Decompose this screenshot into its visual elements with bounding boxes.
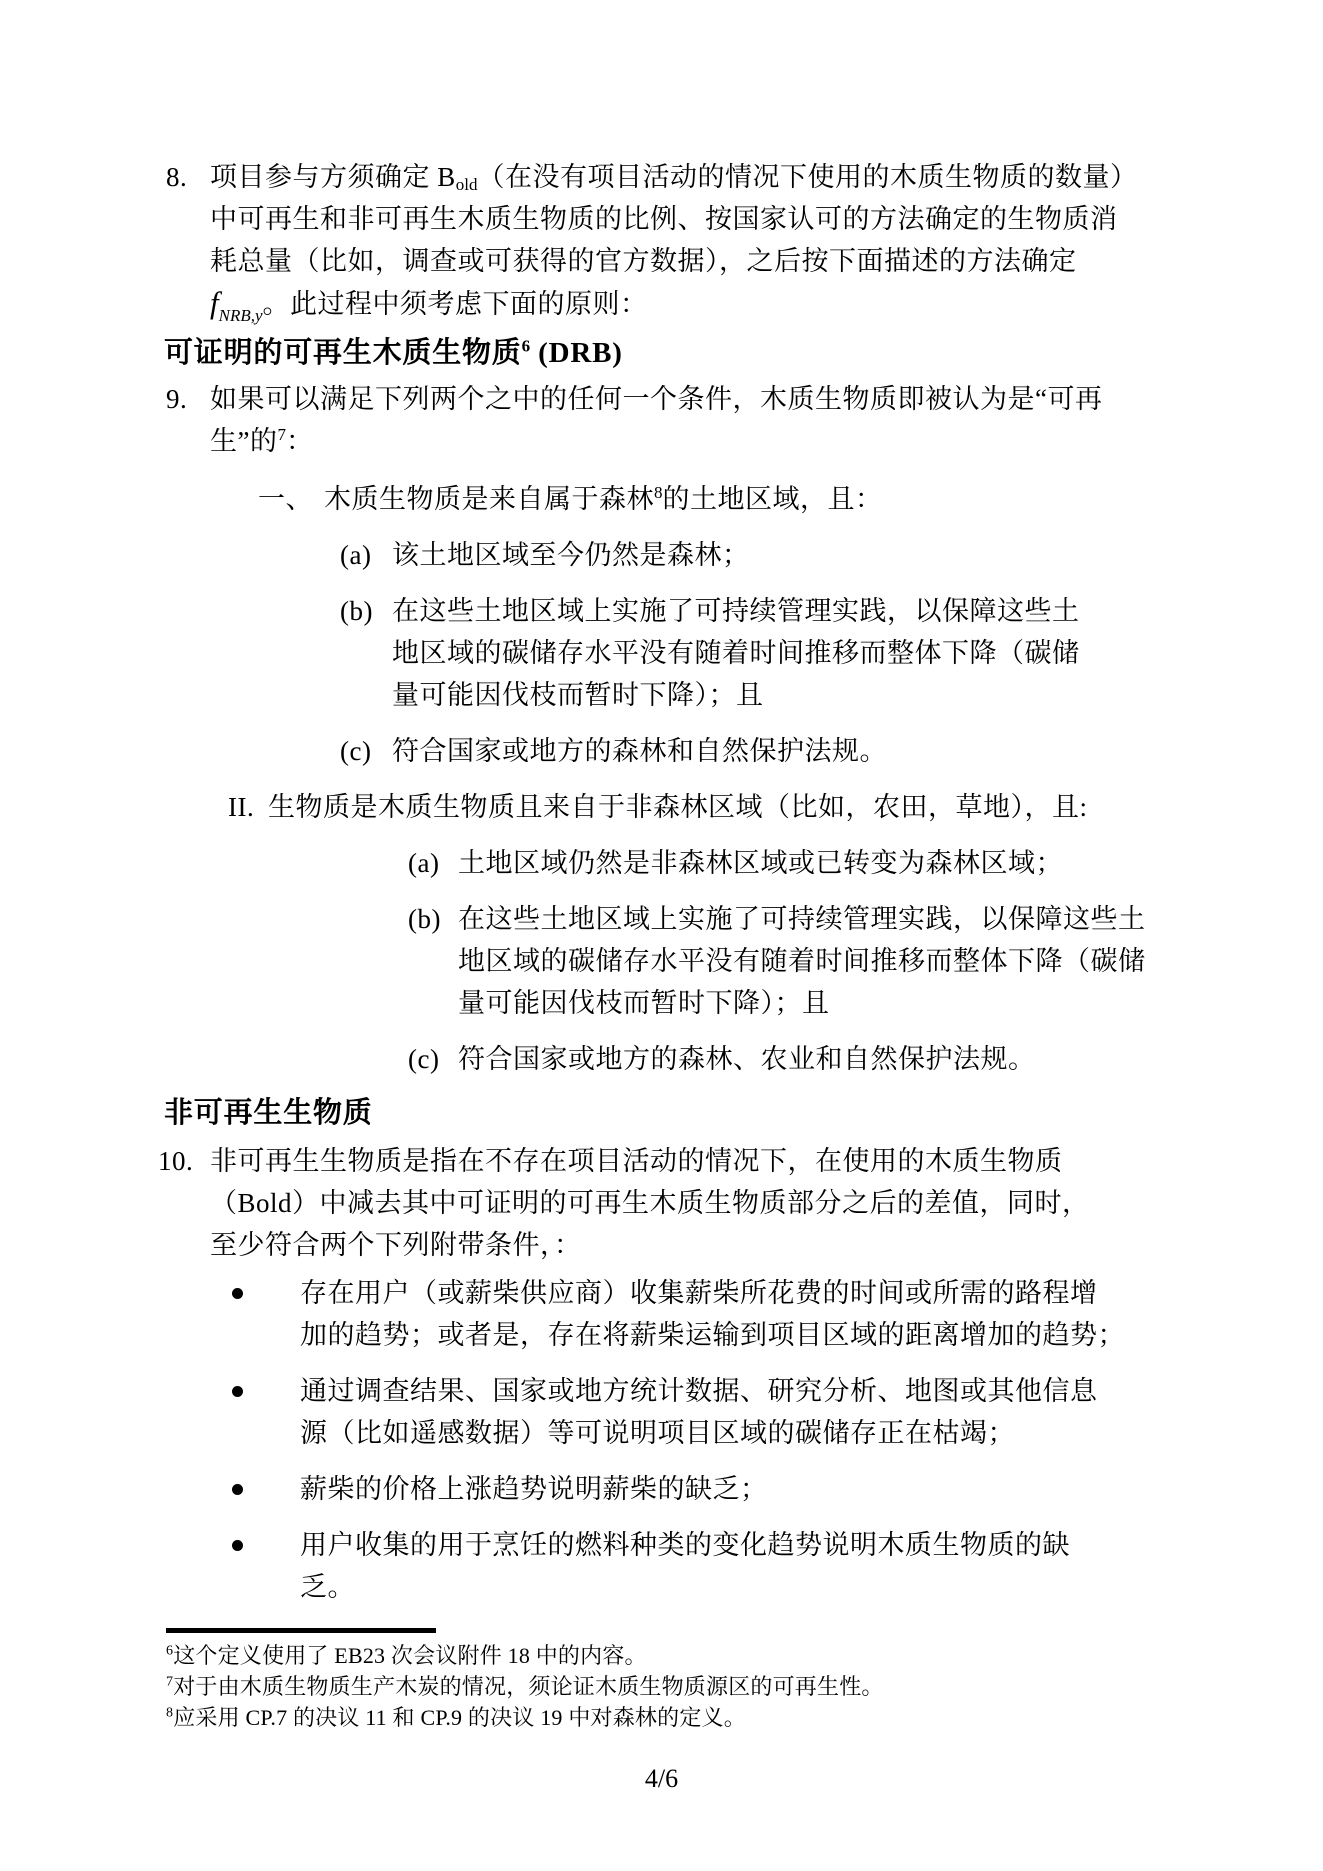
footnote-ref-6: 6	[522, 336, 531, 355]
para8-line4: fNRB,y。此过程中须考虑下面的原则：	[210, 282, 1138, 324]
list-forest-head: 木质生物质是来自属于森林8的土地区域，且：	[324, 478, 883, 520]
f-nrb-subscript: NRB,y	[219, 306, 263, 325]
f-nrb-symbol: f	[210, 285, 219, 320]
list-nonforest-item-c: 符合国家或地方的森林、农业和自然保护法规。	[458, 1038, 1036, 1080]
heading-drb: 可证明的可再生木质生物质6 (DRB)	[164, 330, 623, 376]
footnote-7: 7对于由木质生物质生产木炭的情况，须论证木质生物质源区的可再生性。	[166, 1671, 884, 1702]
para8-line1: 项目参与方须确定 Bold（在没有项目活动的情况下使用的木质生物质的数量）	[210, 156, 1138, 198]
bullet-icon	[232, 1540, 243, 1551]
list-nonforest-marker: II.	[228, 786, 254, 828]
footnote-ref-8: 8	[654, 483, 663, 502]
b-old-symbol: B	[437, 162, 456, 192]
footnote-separator	[166, 1628, 436, 1633]
bullet-icon	[232, 1386, 243, 1397]
bullet-item-4: 用户收集的用于烹饪的燃料种类的变化趋势说明木质生物质的缺 乏。	[300, 1524, 1070, 1608]
list-forest-item-a: 该土地区域至今仍然是森林；	[392, 534, 750, 576]
para9-line2: 生”的7：	[210, 420, 1102, 462]
list-nonforest-item-a: 土地区域仍然是非森林区域或已转变为森林区域；	[458, 842, 1063, 884]
para10: 非可再生生物质是指在不存在项目活动的情况下，在使用的木质生物质 （Bold）中减…	[210, 1140, 1090, 1266]
para9: 如果可以满足下列两个之中的任何一个条件，木质生物质即被认为是“可再 生”的7：	[210, 378, 1102, 462]
list-nonforest-item-a-label: (a)	[408, 842, 439, 884]
para9-line1: 如果可以满足下列两个之中的任何一个条件，木质生物质即被认为是“可再	[210, 378, 1102, 420]
bullet-icon	[232, 1484, 243, 1495]
list-forest-item-c: 符合国家或地方的森林和自然保护法规。	[392, 730, 887, 772]
para8-number: 8.	[166, 156, 187, 198]
b-old-subscript: old	[456, 175, 478, 194]
footnote-8: 8应采用 CP.7 的决议 11 和 CP.9 的决议 19 中对森林的定义。	[166, 1702, 746, 1733]
heading-nrb: 非可再生生物质	[164, 1090, 373, 1136]
footnote-6: 6这个定义使用了 EB23 次会议附件 18 中的内容。	[166, 1640, 647, 1671]
bullet-item-1: 存在用户（或薪柴供应商）收集薪柴所花费的时间或所需的路程增 加的趋势；或者是，存…	[300, 1272, 1125, 1356]
list-forest-item-b-label: (b)	[340, 590, 373, 632]
para8-line3: 耗总量（比如，调查或可获得的官方数据），之后按下面描述的方法确定	[210, 240, 1138, 282]
document-page: 8. 项目参与方须确定 Bold（在没有项目活动的情况下使用的木质生物质的数量）…	[0, 0, 1323, 1871]
list-nonforest-item-c-label: (c)	[408, 1038, 439, 1080]
bullet-icon	[232, 1288, 243, 1299]
para9-number: 9.	[166, 378, 187, 420]
list-forest-item-b: 在这些土地区域上实施了可持续管理实践，以保障这些土 地区域的碳储存水平没有随着时…	[392, 590, 1080, 716]
list-forest-item-a-label: (a)	[340, 534, 371, 576]
list-forest-marker: 一、	[258, 478, 313, 520]
para8: 项目参与方须确定 Bold（在没有项目活动的情况下使用的木质生物质的数量） 中可…	[210, 156, 1138, 324]
page-number: 4/6	[0, 1764, 1323, 1794]
list-nonforest-item-b-label: (b)	[408, 898, 441, 940]
para10-number: 10.	[158, 1140, 193, 1182]
list-nonforest-head: 生物质是木质生物质且来自于非森林区域（比如，农田，草地），且:	[268, 786, 1088, 828]
list-forest-item-c-label: (c)	[340, 730, 371, 772]
bullet-item-3: 薪柴的价格上涨趋势说明薪柴的缺乏；	[300, 1468, 768, 1510]
footnote-ref-7: 7	[277, 425, 286, 444]
list-nonforest-item-b: 在这些土地区域上实施了可持续管理实践，以保障这些土 地区域的碳储存水平没有随着时…	[458, 898, 1146, 1024]
bullet-item-2: 通过调查结果、国家或地方统计数据、研究分析、地图或其他信息 源（比如遥感数据）等…	[300, 1370, 1098, 1454]
para8-line2: 中可再生和非可再生木质生物质的比例、按国家认可的方法确定的生物质消	[210, 198, 1138, 240]
